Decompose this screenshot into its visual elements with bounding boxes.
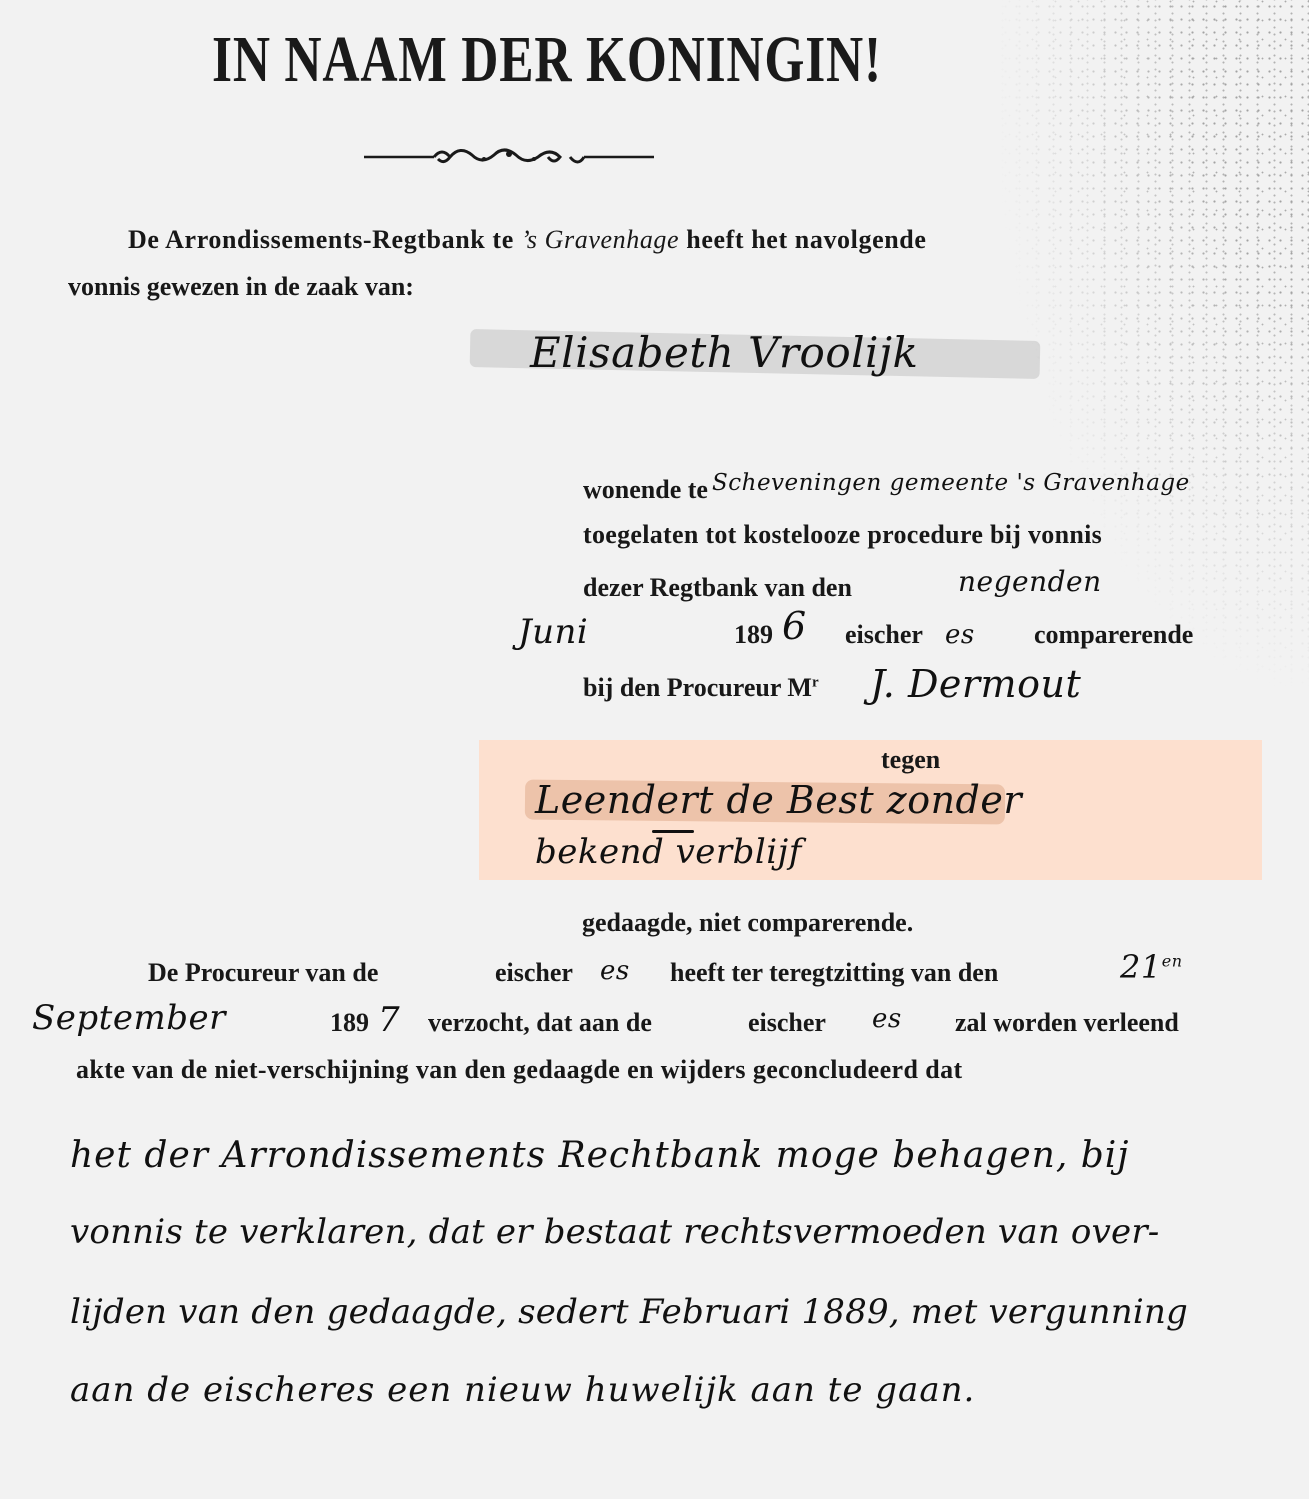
- request-line-1-pre: De Procureur van de: [148, 958, 378, 988]
- request-month: September: [32, 998, 226, 1038]
- conclusion-line-2: vonnis te verklaren, dat er bestaat rech…: [70, 1212, 1159, 1252]
- request-year-digit: 7: [378, 1000, 400, 1040]
- conclusion-line-3: lijden van den gedaagde, sedert Februari…: [70, 1292, 1188, 1332]
- procureur-label: bij den Procureur Mr: [583, 673, 819, 703]
- request-line-2-suffix: es: [872, 1004, 902, 1034]
- admitted-line: toegelaten tot kostelooze procedure bij …: [583, 520, 1102, 550]
- document-title: IN NAAM DER KONINGIN!: [212, 22, 883, 98]
- defendant-line-2: bekend verblijf: [535, 832, 802, 872]
- conclusion-line-1: het der Arrondissements Rechtbank moge b…: [70, 1135, 1129, 1176]
- request-day: 21en: [1120, 948, 1183, 986]
- defendant-status: gedaagde, niet comparerende.: [582, 908, 913, 938]
- ornament-flourish-icon: [364, 142, 654, 172]
- procureur-name: J. Dermout: [870, 662, 1081, 706]
- date-year-printed: 189: [734, 620, 773, 650]
- defendant-line-1: Leendert de Best zonder: [535, 778, 1022, 822]
- residence-label: wonende te: [583, 475, 708, 505]
- request-line-2-mid: verzocht, dat aan de: [428, 1008, 652, 1038]
- residence-value: Scheveningen gemeente 's Gravenhage: [712, 470, 1190, 496]
- conclusion-line-4: aan de eischeres een nieuw huwelijk aan …: [70, 1370, 975, 1410]
- document-page: IN NAAM DER KONINGIN! De Arrondissements…: [0, 0, 1309, 1499]
- date-year-digit: 6: [782, 604, 807, 648]
- court-date-label: dezer Regtbank van den: [583, 573, 852, 603]
- plaintiff-name: Elisabeth Vroolijk: [530, 328, 918, 377]
- request-line-3: akte van de niet-verschijning van den ge…: [76, 1055, 963, 1085]
- request-year-printed: 189: [330, 1008, 369, 1038]
- request-line-1-suffix: es: [600, 956, 630, 986]
- request-line-1-mid: heeft ter teregtzitting van den: [670, 958, 998, 988]
- against-label: tegen: [881, 745, 940, 775]
- intro-line-2: vonnis gewezen in de zaak van:: [68, 272, 414, 302]
- court-place: ’s Gravenhage: [521, 225, 679, 254]
- date-day: negenden: [958, 565, 1102, 598]
- intro-line-1: De Arrondissements-Regtbank te ’s Graven…: [128, 225, 927, 255]
- appearing-label: comparerende: [1034, 620, 1193, 650]
- role-suffix: es: [945, 620, 975, 650]
- role-label: eischer: [845, 620, 923, 650]
- request-line-1-role: eischer: [495, 958, 573, 988]
- date-month: Juni: [518, 612, 588, 652]
- request-line-2-post: zal worden verleend: [955, 1008, 1179, 1038]
- request-line-2-role: eischer: [748, 1008, 826, 1038]
